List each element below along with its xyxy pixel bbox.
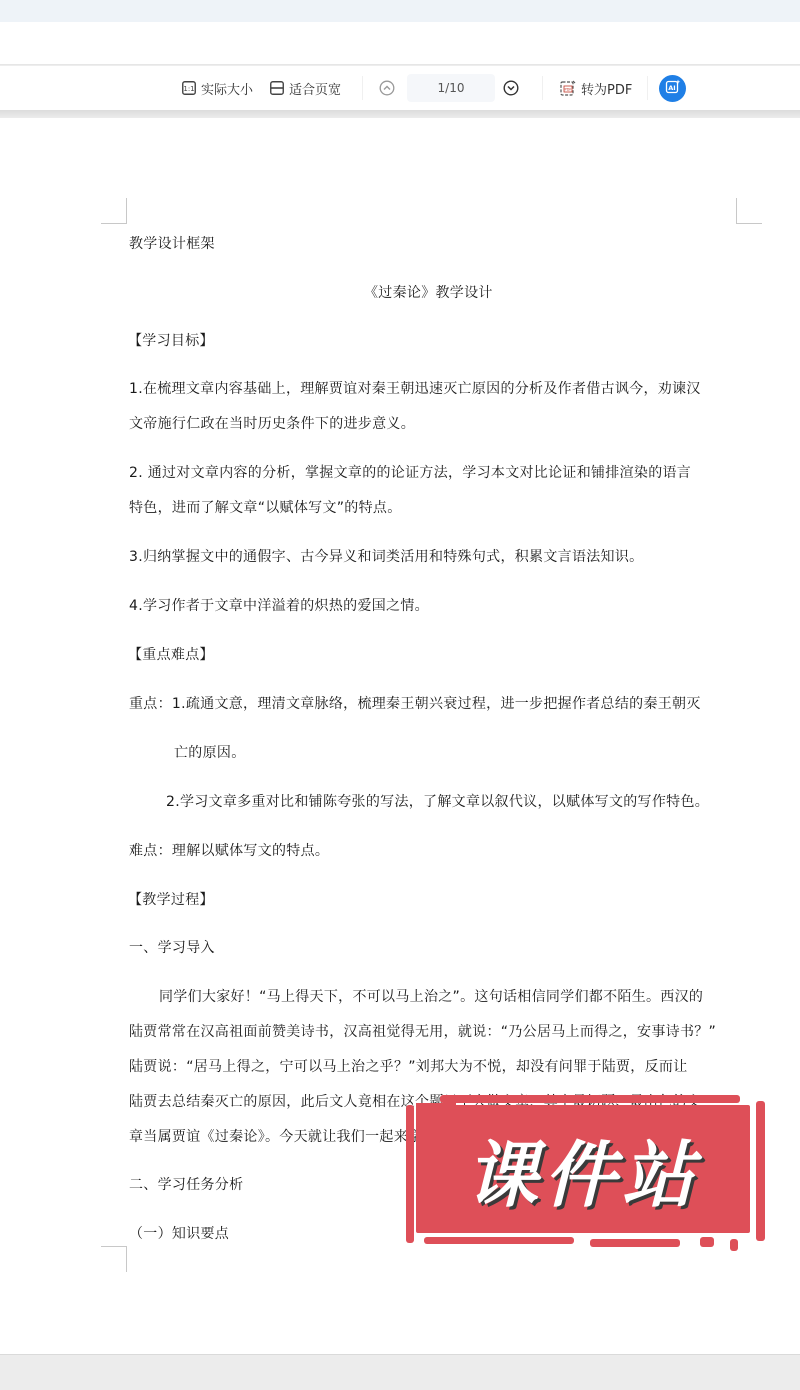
doc-paragraph-line: 同学们大家好！“马上得天下，不可以马上治之”。这句话相信同学们都不陌生。西汉的: [159, 986, 703, 1006]
ai-assistant-button[interactable]: AI: [659, 75, 686, 102]
doc-title: 《过秦论》教学设计: [364, 282, 493, 302]
doc-paragraph-line: 难点：理解以赋体写文的特点。: [129, 840, 329, 860]
toolbar-divider: [647, 76, 648, 100]
page-number-input[interactable]: 1/10: [407, 74, 495, 102]
viewer-bottom-area: [0, 1354, 800, 1390]
doc-paragraph-line: 3.归纳掌握文中的通假字、古今异义和词类活用和特殊句式，积累文言语法知识。: [129, 546, 643, 566]
doc-paragraph-line: 陆贾说：“居马上得之，宁可以马上治之乎？”刘邦大为不悦，却没有问罪于陆贾，反而让: [129, 1056, 688, 1076]
section-heading: 【教学过程】: [128, 889, 214, 909]
doc-paragraph-line: 1.在梳理文章内容基础上，理解贾谊对秦王朝迅速灭亡原因的分析及作者借古讽今，劝谏…: [129, 378, 701, 398]
doc-paragraph-line: 亡的原因。: [174, 742, 246, 762]
section-heading: 【学习目标】: [128, 330, 214, 350]
actual-size-button[interactable]: 1:1 实际大小: [182, 66, 253, 110]
doc-paragraph-line: 特色，进而了解文章“以赋体写文”的特点。: [129, 497, 402, 517]
ai-assistant-icon: AI: [665, 79, 681, 99]
doc-paragraph-line: 4.学习作者于文章中洋溢着的炽热的爱国之情。: [129, 595, 429, 615]
svg-text:AI: AI: [668, 84, 675, 92]
browser-top-strip: [0, 0, 800, 22]
doc-paragraph-line: 2.学习文章多重对比和铺陈夸张的写法，了解文章以叙代议，以赋体写文的写作特色。: [166, 791, 709, 811]
watermark-stamp: 课件站: [400, 1087, 768, 1255]
svg-text:1:1: 1:1: [183, 85, 194, 93]
header-area: [0, 22, 800, 65]
doc-heading-framework: 教学设计框架: [129, 233, 215, 253]
page-margin-corner: [101, 1246, 127, 1272]
doc-paragraph-line: 2. 通过对文章内容的分析，掌握文章的的论证方法，学习本文对比论证和铺排渲染的语…: [129, 462, 691, 482]
next-page-button[interactable]: [503, 66, 519, 110]
subsection-heading: （一）知识要点: [129, 1223, 229, 1243]
chevron-down-circle-icon: [503, 80, 519, 96]
fit-width-icon: [270, 81, 284, 95]
pdf-convert-icon: PDF: [560, 80, 576, 96]
svg-text:PDF: PDF: [564, 88, 571, 92]
toolbar-divider: [362, 76, 363, 100]
convert-pdf-button[interactable]: PDF 转为PDF: [560, 66, 632, 110]
doc-paragraph-line: 文帝施行仁政在当时历史条件下的进步意义。: [129, 413, 415, 433]
page-margin-corner: [101, 198, 127, 224]
doc-paragraph-line: 陆贾常常在汉高祖面前赞美诗书，汉高祖觉得无用，就说：“乃公居马上而得之，安事诗书…: [129, 1021, 716, 1041]
doc-paragraph-line: 重点：1.疏通文意，理清文章脉络，梳理秦王朝兴衰过程，进一步把握作者总结的秦王朝…: [129, 693, 701, 713]
page-margin-corner: [736, 198, 762, 224]
toolbar-shadow: [0, 110, 800, 118]
section-heading: 【重点难点】: [128, 644, 214, 664]
chevron-up-circle-icon: [379, 80, 395, 96]
page-indicator: 1/10: [438, 81, 465, 95]
toolbar-divider: [542, 76, 543, 100]
actual-size-label: 实际大小: [201, 79, 253, 98]
prev-page-button[interactable]: [379, 66, 395, 110]
actual-size-icon: 1:1: [182, 81, 196, 95]
fit-width-button[interactable]: 适合页宽: [270, 66, 341, 110]
watermark-text: 课件站: [416, 1105, 750, 1233]
subsection-heading: 一、学习导入: [129, 937, 215, 957]
convert-pdf-label: 转为PDF: [581, 79, 632, 98]
fit-width-label: 适合页宽: [289, 79, 341, 98]
subsection-heading: 二、学习任务分析: [129, 1174, 243, 1194]
